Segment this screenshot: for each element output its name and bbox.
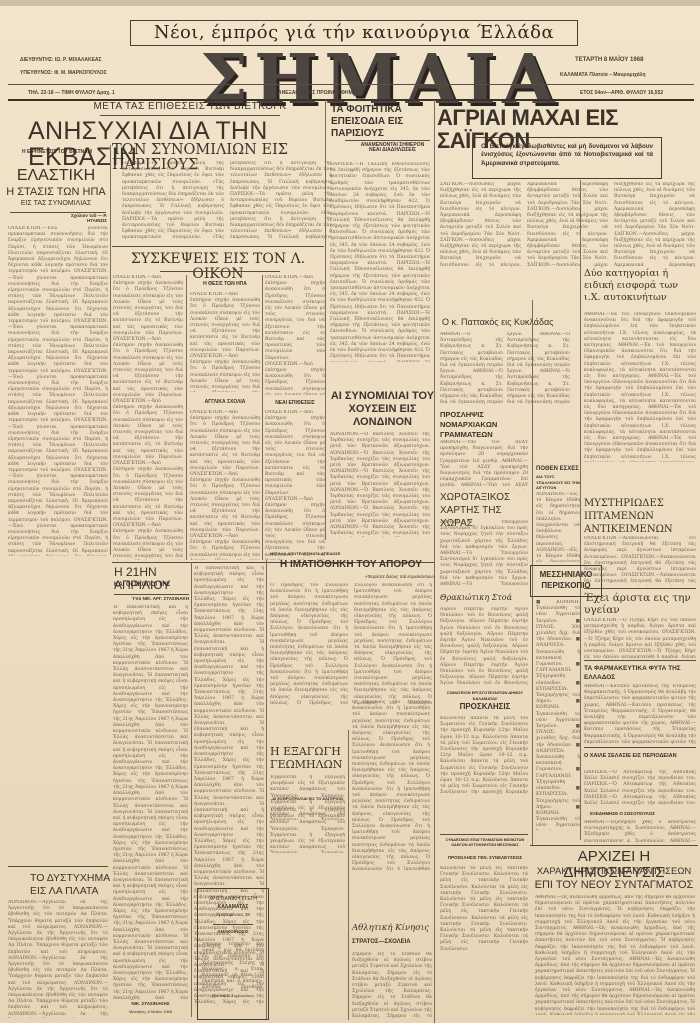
white-house-body-1: ΟΥΑΣΙΓΚΤΩΝ.—Ἀπό ἐπίσημον πηγήν ἀνεκοινώθ… (113, 275, 183, 560)
issue-number: ΕΤΟΣ 54ον—ΑΡΙΘ. ΦΥΛΛΟΥ 16,552 (580, 90, 663, 96)
issue-date: ΤΕΤΑΡΤΗ 8 ΜΑΪΟΥ 1968 (575, 57, 643, 63)
prefects-headline: ΠΡΟΣΛΗΨΙΣ ΝΟΜΑΡΧΙΑΚΩΝ ΓΡΑΜΜΑΤΕΩΝ (440, 410, 530, 440)
saigon-summary-box: Οἱ Βιετκόγκ ἐγκλωβισθέντες καί μή δυνάμε… (472, 137, 662, 179)
health-headline: Έχει άριστα εις την υγείαν (584, 592, 696, 616)
column-rule (348, 730, 349, 1020)
column-rule (580, 180, 581, 840)
constitution-body: ΑΘΗΝΑΙ.—Ὡς ἀνεκοινώθη ἁρμοδίως, ἀπό τῆς … (535, 895, 695, 1015)
location: ΚΑΛΑΜΑΤΑ Πλατεία – Μαυρομιχάλη (560, 72, 646, 78)
divider (584, 747, 696, 748)
constitution-subhead2: ΕΠΙ ΤΟΥ ΝΕΟΥ ΣΥΝΤΑΓΜΑΤΟΣ (530, 880, 698, 892)
notice-title: ΑΝΑΚΟΙΝΩΣΙΣ (198, 930, 268, 935)
students-sub: ΑΝΑΜΕΝΟΝΤΑΙ ΣΗΜΕΡΟΝ ΝΕΑΙ ΔΙΑΔΗΛΩΣΕΙΣ (355, 143, 430, 154)
obituary-body: ΑΘΗΝΑΙ.—Ἐξεδήμησε χθές ὁ ἀπόστρατος συντ… (584, 820, 696, 842)
christian-home-notice: ΧΡΙΣΤΙΑΝΙΚΗ ΣΤΕΓΗ ΚΑΛΑΜΑΤΑΣ Ἀριστομένους… (197, 888, 269, 1020)
obituary-headline: ΕΞΕΔΗΜΗΣΕ Ο ΣΩΣΟΠΟΥΛΟΣ (590, 812, 695, 817)
mystery-body: ΟΥΑΣΙΓΚΤΩΝ.—Ἀνακοινώνεται ὅτι ἐπιστημονι… (584, 536, 696, 586)
customs-body: ΑΘΗΝΑΙ.—Ἐκ τοῦ ὑπουργείου Οἰκονομικῶν ἀν… (584, 312, 696, 462)
white-house-body-2: ΟΥΑΣΙΓΚΤΩΝ.—Ἀπό ἐπίσημον πηγήν ἀνεκοινώθ… (190, 292, 260, 392)
us-position-sub: Η ΘΕΣΙΣ ΤΩΝ ΗΠΑ (190, 282, 260, 287)
workers-kicker: ΣΩΜΑΤΕΙΟΝ ΕΡΓΑΤΟΤΕΧΝΙΤΩΝ ΔΗΜΟΥ ΚΑΛΑΜΑΤΑΣ (440, 690, 530, 701)
clothing-quote: «Φορέστε ὅσους τοῦ εὐρισκόντων» (350, 575, 435, 580)
page-edge (0, 0, 700, 6)
health-body: ΟΥΑΣΙΓΚΤΩΝ.—Ὁ Τζέημς Κῆρτ εἰς τόν ὁποῖον… (584, 618, 696, 658)
notice-signature: (Ἐκ τοῦ Δ. Συμβουλίου) (198, 994, 268, 998)
drivers-kicker: ΣΥΝΔΕΣΜΟΣ ΕΠΑΓΓΕΛΜΑΤΙΩΝ ΜΙΣΘΩΤΩΝ ΟΔΗΓΩΝ … (440, 838, 530, 848)
sports-sub: ΣΤΡΑΤΟΣ—ΣΧΟΛΕΙΑ (352, 939, 432, 945)
egypt-body: ΛΟΝΔΙΝΟΝ.—Εἰς τό Κάιρον ἐδόθη εἰς δημοσι… (536, 492, 580, 562)
divider (345, 140, 430, 141)
divider (114, 594, 189, 595)
potato-headline: Η ΕΞΑΓΩΓΗ ΓΕΩΜΗΛΩΝ (270, 745, 345, 771)
column-rule (262, 275, 263, 560)
pattakos-body: ΑΘΗΝΑΙ.—Ὁ Ἀντιπρόεδρος τῆς Κυβερνήσεως κ… (440, 332, 570, 407)
april21-byline: Ὑπό ΝΙΚ. ΑΡΓ. ΣΤΑΣΙΝΑΚΗ (114, 597, 189, 602)
divider (213, 924, 253, 925)
divider (530, 845, 698, 846)
clothing-headline: Η ΙΜΑΤΙΟΘΗΚΗ ΤΟΥ ΑΠΟΡΟΥ (270, 560, 432, 571)
column-rule (434, 100, 435, 1023)
white-house-body-4: ΟΥΑΣΙΓΚΤΩΝ.—Ἀπό ἐπίσημον πηγήν ἀνεκοινώθ… (265, 275, 325, 395)
herbs-headline: ΤΑ ΦΑΡΜΑΚΕΥΤΙΚΑ ΦΥΤΑ ΤΗΣ ΕΛΛΑΔΟΣ (584, 664, 696, 682)
drivers-body: Καλοῦνται τά μέλη εἰς τακτικήν Γενικήν Σ… (440, 866, 528, 1016)
algeria-body: Ἐγκρίνεται ἡ ἐξαγωγή γεωμήλων εἰς τό ἐξω… (270, 808, 345, 853)
divider (112, 246, 324, 247)
notice-org: ΧΡΙΣΤΙΑΝΙΚΗ ΣΤΕΓΗ (198, 897, 268, 902)
tragedy-body: ΛΟΝΔΙΝΟΝ.—Ἀγγέλεται ἐκ τῆς Ἀργεντινῆς ὅτ… (8, 900, 108, 1018)
students-body: ΠΑΡΙΣΙΟΙ.—Ἡ Γαλλική Ἐθνοσυνέλευσις θά ἐπ… (330, 162, 430, 362)
divider (584, 588, 696, 589)
elastic-subhead2: ΕΙΣ ΤΑΣ ΣΥΝΟΜΙΛΙΑΣ (4, 200, 108, 207)
unions-body: ΛΟΝΔΙΝΟΝ.—Ὁ Βασιλεύς Χουσεΐν τῆς Ἰορδανί… (330, 432, 430, 537)
lead-body: ΠΑΡΙΣΙΟΙ.—Τά πρῶτα μέλη τῆς ἀντιπροσωπεί… (122, 161, 332, 245)
column-rule (191, 562, 192, 1017)
lead-kicker: ΜΕΤΑ ΤΑΣ ΕΠΙΘΕΣΕΙΣ ΤΩΝ ΒΙΕΤΚΟΓΚ (60, 102, 320, 113)
mapping-body: ΑΘΗΝΑΙ.—Τό Ὑπουργεῖον Συντονισμοῦ δι' ἐγ… (440, 520, 528, 585)
sports-headline: Αθλητική Κίνησις (352, 924, 432, 933)
mystery-headline: ΜΥΣΤΗΡΙΩΔΕΣ ΙΠΤΑΜΕΝΩΝ ΑΝΤΙΚΕΙΜΕΝΩΝ (584, 497, 696, 536)
white-house-body-5: ΟΥΑΣΙΓΚΤΩΝ.—Ἀπό ἐπίσημον πηγήν ἀνεκοινώθ… (265, 410, 325, 560)
elastic-byline: Σχόλιον τοῦ — Ρ. ΗΤΑΙΝΣΙΣ (55, 214, 107, 223)
divider (160, 271, 280, 272)
customs-headline: Δύο κατηγορίαι ή ειδική εισφορά των ι.Χ.… (584, 268, 696, 304)
messinia-body: ■ ΚΟΡΩΝΗ: Ἐγκαινιάσθη τό νέον Ἀγροτικόν … (536, 600, 580, 830)
unions-headline: ΑΙ ΣΥΝΟΜΙΛΙΑΙ ΤΟΥ ΧΟΥΣΕΙΝ ΕΙΣ ΛΟΝΔΙΝΟΝ (330, 390, 435, 429)
elastic-subhead: Η ΣΤΑΣΙΣ ΤΩΝ ΗΠΑ (4, 187, 108, 199)
herbs-body: ΑΘΗΝΑΙ.—Κατόπιν προτάσεως τῆς Ἐταιρείας … (584, 684, 696, 744)
students-headline: ΤΑ ΦΟΙΤΗΤΙΚΑ ΕΠΕΙΣΟΔΙΑ ΕΙΣ ΠΑΡΙΣΙΟΥΣ (331, 104, 426, 140)
divider (584, 660, 696, 661)
thracian-headline: Θρακιώτικη Στοά (440, 594, 530, 602)
masthead-rule (8, 84, 694, 85)
white-house-body-3: ΟΥΑΣΙΓΚΤΩΝ.—Ἀπό ἐπίσημον πηγήν ἀνεκοινώθ… (190, 410, 260, 560)
column-rule (110, 145, 111, 555)
clothing-kicker: ΜΕΓΑΛΑ ΑΠΟΤΕΛΕΣΜΑΤΑ ΑΠΕΔΩΣΕ (270, 552, 360, 556)
egypt-headline: ΠΟΘΕΝ ΕΣΧΕΣ (536, 466, 580, 472)
tragedy-headline: ΤΟ ΔΥΣΤΥΧΗΜΑ ΕΙΣ ΛΑ ΠΛΑΤΑ (30, 872, 110, 898)
drivers-headline: ΠΡΟΣΚΛΗΣΙΣ ΓΕΝ. ΣΥΝΕΛΕΥΣΕΩΣ (440, 856, 530, 861)
haile-headline: Ο ΧΑΙΛΕ ΣΕΛΑΣΙΕ ΕΙΣ ΠΕΡΙΟΔΕΙΑΝ (584, 752, 696, 760)
sports-body: Σήμερον εἰς τό Στάδιον θά διεξαχθοῦν οἱ … (352, 952, 432, 1018)
divider (100, 115, 280, 116)
thracian-body: Αὔριον Πέμπτην ἑορτήν Ἁγίου Νικολάου τοῦ… (440, 607, 528, 687)
english-comments-sub: ΑΓΓΛΙΚΑ ΣΧΟΛΙΑ (190, 400, 260, 405)
divider (440, 834, 528, 835)
column-rule (186, 275, 187, 560)
prefects-body: ΑΘΗΝΑΙ.—Ὑπό τοῦ ΑΣΔΥ προκηρύχθη διαγωνισ… (440, 440, 528, 490)
elastic-body: ΟΥΑΣΙΓΚΤΩΝ.—Ἐνῶ γίνονται προκαταρκτικαί … (8, 226, 108, 556)
april21-body: Ἡ ἐπαναστατική καί ἡ κυβερνητική σκέψις … (113, 605, 188, 1000)
saigon-summary: Οἱ Βιετκόγκ ἐγκλωβισθέντες καί μή δυνάμε… (473, 138, 661, 173)
pattakos-headline: Ο κ. Παττακός εις Κυκλάδας (442, 318, 572, 327)
notice-body: Σήμερον Τετάρτην καί ὥραν 7 μ.μ. θά ὁμιλ… (202, 942, 264, 992)
elastic-headline: ΕΛΑΣΤΙΚΗ (6, 168, 106, 185)
elastic-kicker: Η ΕΙΡΗΝΕΥΣΙΣ ΤΟΥ ΒΙΕΤΝΑΜ (22, 150, 102, 155)
haile-body: ΠΑΡΙΣΙΟΙ.—Ὁ Αὐτοκράτωρ τῆς Αἰθιοπίας Χαϊ… (584, 770, 696, 805)
constitution-subhead: ΧΑΡΑΚΤΗΡΙΣΤΙΚΩΝ ΑΠΑΝΤΗΣΕΩΝ (530, 867, 698, 877)
divider (8, 866, 108, 867)
editor-credit: ΥΠΕΥΘΥΝΟΣ: Φ. Μ. ΜΑΡΚΟΠΟΥΛΟΣ (20, 70, 107, 76)
newspaper-page: Νέοι, έμπρός γιά τήν καινούργια Έλλάδα Δ… (0, 0, 700, 1023)
phone-price: ΤΗΛ. 22-18 — ΤΙΜΗ ΦΥΛΛΟΥ Δραχ. 1 (28, 90, 115, 96)
sports-prev-body: Ὁ Πρόεδρος τοῦ Συλλόγου ἀνεκοίνωσεν ὅτι … (352, 700, 430, 870)
workers-headline: ΠΡΟΣΚΛΗΣΙΣ (440, 703, 530, 711)
tagline: ΑΝΕΞΑΡΤΗΤΟΣ ΠΡΩΙΝΗ ΕΦΗΜΕΡΙΣ (278, 90, 364, 96)
notice-city: ΚΑΛΑΜΑΤΑΣ (198, 905, 268, 910)
april21-signature: ΝΙΚ. ΣΤΑΣΙΝΑΚΗΣ (113, 1002, 188, 1007)
april21-dateline: Μεσσήνη, 6 Μαΐου 1968 (113, 1010, 188, 1014)
new-attacks-sub: ΝΕΑΙ ΕΠΙΘΕΣΕΙΣ (265, 401, 325, 406)
workers-body: Καλοῦνται ἅπαντα τά μέλη τοῦ Σωματείου ε… (440, 716, 528, 796)
clothing-body: Ὁ Πρόεδρος τοῦ Συλλόγου ἀνεκοίνωσεν ὅτι … (270, 583, 432, 713)
director-credit: ΔΙΕΥΘΥΝΤΗΣ: ΙΩ. Ρ. ΜΙΧΑΛΑΚΕΑΣ (20, 57, 102, 63)
saigon-body: ΣΑΪΓΚΟΝ.—Λυσσώδεις μάχαι διεξήχθησαν εἰς… (440, 182, 695, 272)
egypt-sub: ΔΙΑ ΤΟΥΣ ΥΠΑΛΛΗΛΟΥΣ ΕΙΣ ΤΗΝ ΑΙΓΥΠΤΟΝ (536, 474, 580, 491)
april21-subhead: ΚΑΙ ΟΙ ΣΚΟΠΟΙ ΤΗΣ (114, 582, 189, 588)
algeria-sub: ΑΙ ΕΧΘΡΟΠΡΑΞΙΑΙ ΕΙΣ ΤΟ ΑΛΓΕΡΙΟΝ (270, 797, 345, 801)
notice-address: Ἀριστομένους 38 (198, 913, 268, 918)
column-rule (325, 100, 326, 540)
